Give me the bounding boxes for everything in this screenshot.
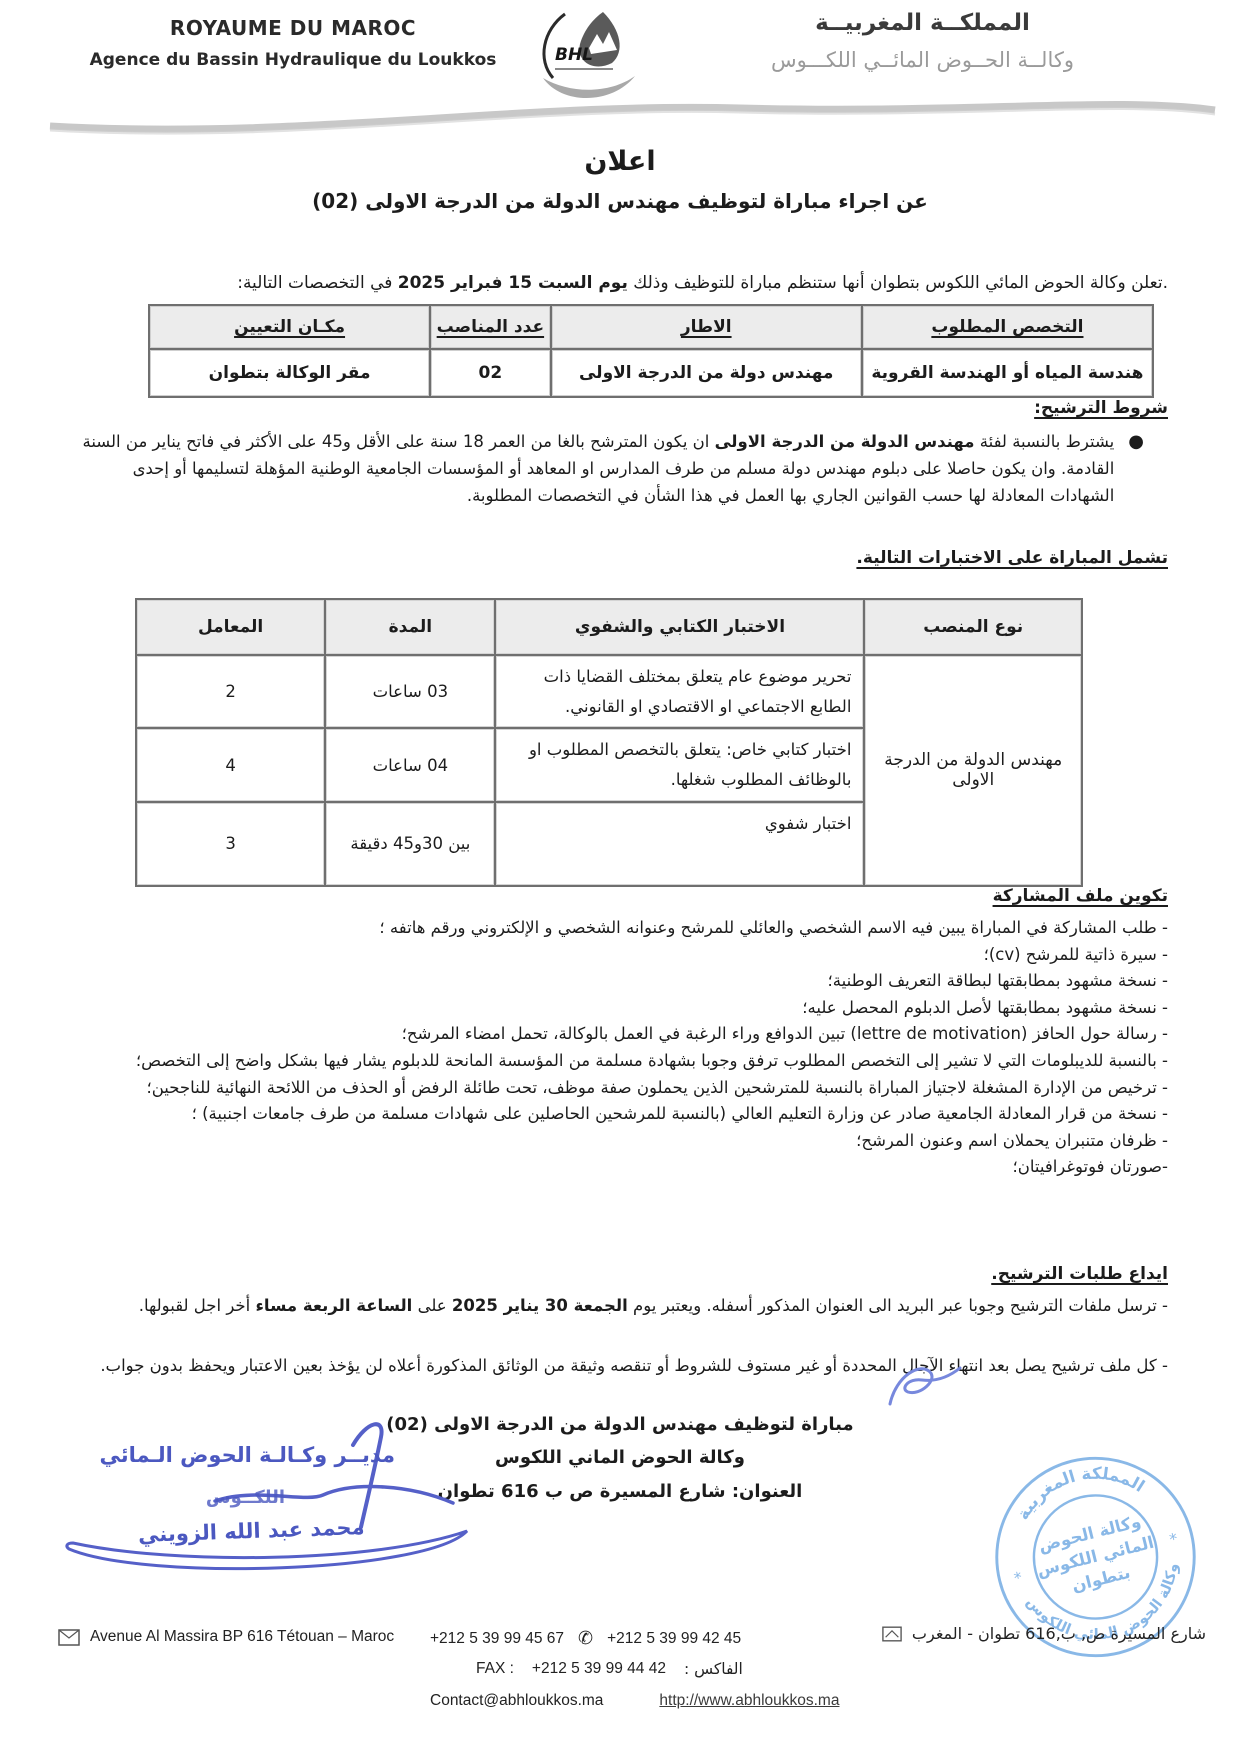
- country-name-fr: ROYAUME DU MAROC: [78, 16, 508, 40]
- list-item: - نسخة مشهود بمطابقتها لبطاقة التعريف ال…: [60, 969, 1168, 993]
- footer-web-row: Contact@abhloukkos.ma http://www.abhlouk…: [430, 1692, 839, 1710]
- list-item: - طلب المشاركة في المباراة يبين فيه الاس…: [60, 916, 1168, 940]
- conditions-text: يشترط بالنسبة لفئة مهندس الدولة من الدرج…: [64, 428, 1114, 510]
- footer-fax: FAX : +212 5 39 99 44 42 الفاكس :: [476, 1660, 743, 1678]
- header-arabic: المملكــة المغربيــة وكالــة الحــوض الم…: [660, 10, 1185, 72]
- cell-exam-3: اختبار شفوي: [495, 802, 864, 886]
- list-item: - نسخة مشهود بمطابقتها لأصل الدبلوم المح…: [60, 996, 1168, 1020]
- cell-coef-1: 2: [136, 655, 325, 728]
- conditions-paragraph: ● يشترط بالنسبة لفئة مهندس الدولة من الد…: [64, 428, 1168, 510]
- deposit-paragraph-2: - كل ملف ترشيح يصل بعد انتهاء الآجال الم…: [64, 1352, 1168, 1379]
- col-post-type: نوع المنصب: [864, 599, 1082, 655]
- country-name-ar: المملكــة المغربيــة: [660, 10, 1185, 36]
- col-coefficient: المعامل: [136, 599, 325, 655]
- dossier-items-list: - طلب المشاركة في المباراة يبين فيه الاس…: [60, 916, 1168, 1182]
- list-item: - رسالة حول الحافز (lettre de motivation…: [60, 1022, 1168, 1046]
- posts-table-header-row: التخصص المطلوب الاطار عدد المناصب مكـان …: [149, 305, 1153, 349]
- col-location: مكـان التعيين: [149, 305, 430, 349]
- header-french: ROYAUME DU MAROC Agence du Bassin Hydrau…: [78, 16, 508, 70]
- contact-email: Contact@abhloukkos.ma: [430, 1692, 603, 1710]
- envelope-icon: [58, 1629, 80, 1646]
- footer-address-fr: Avenue Al Massira BP 616 Tétouan – Maroc: [58, 1628, 394, 1646]
- cell-duration-1: 03 ساعات: [325, 655, 495, 728]
- intro-part1: .تعلن وكالة الحوض المائي اللكوس بتطوان أ…: [628, 273, 1168, 293]
- envelope-icon: [882, 1626, 902, 1642]
- deposit-heading: ايداع طلبات الترشيح.: [991, 1264, 1168, 1284]
- footer-phones: +212 5 39 99 45 67 ✆ +212 5 39 99 42 45: [430, 1628, 741, 1649]
- bullet-icon: ●: [1128, 428, 1168, 510]
- page-subtitle: عن اجراء مباراة لتوظيف مهندس الدولة من ا…: [0, 189, 1240, 213]
- phone-number-1: +212 5 39 99 45 67: [430, 1630, 564, 1648]
- fax-label-fr: FAX :: [476, 1660, 514, 1678]
- deadline-date: الجمعة 30 يناير 2025: [452, 1296, 628, 1315]
- phone-number-2: +212 5 39 99 42 45: [607, 1630, 741, 1648]
- posts-table: التخصص المطلوب الاطار عدد المناصب مكـان …: [148, 304, 1154, 398]
- col-specialty: التخصص المطلوب: [862, 305, 1153, 349]
- deadline-time: الساعة الربعة مساء: [255, 1296, 412, 1315]
- cell-coef-2: 4: [136, 728, 325, 801]
- exam-row: مهندس الدولة من الدرجة الاولى تحرير موضو…: [136, 655, 1082, 728]
- exams-heading: تشمل المباراة على الاختبارات التالية.: [856, 548, 1168, 568]
- scanned-announcement-page: ROYAUME DU MAROC Agence du Bassin Hydrau…: [0, 0, 1240, 1754]
- col-positions: عدد المناصب: [430, 305, 550, 349]
- intro-part2: في التخصصات التالية:: [237, 273, 398, 293]
- cell-exam-1: تحرير موضوع عام يتعلق بمختلف القضايا ذات…: [495, 655, 864, 728]
- col-exam: الاختبار الكتابي والشفوي: [495, 599, 864, 655]
- list-item: - بالنسبة للديبلومات التي لا تشير إلى ال…: [60, 1049, 1168, 1073]
- stamp-star-left: *: [1012, 1567, 1024, 1587]
- exams-table-header-row: نوع المنصب الاختبار الكتابي والشفوي المد…: [136, 599, 1082, 655]
- footer-contact-block: Avenue Al Massira BP 616 Tétouan – Maroc…: [58, 1628, 1206, 1728]
- exam-date: يوم السبت 15 فبراير 2025: [398, 273, 628, 293]
- phone-icon: ✆: [578, 1628, 593, 1649]
- cell-coef-3: 3: [136, 802, 325, 886]
- cell-post-name: مهندس الدولة من الدرجة الاولى: [864, 655, 1082, 886]
- cell-duration-3: بين 30و45 دقيقة: [325, 802, 495, 886]
- agency-name-ar: وكالــة الحــوض المائــي اللكـــوس: [660, 48, 1185, 72]
- cell-positions: 02: [430, 349, 550, 397]
- list-item: -صورتان فوتوغرافيتان؛: [60, 1155, 1168, 1179]
- logo-text: BHL: [555, 45, 593, 65]
- cell-cadre: مهندس دولة من الدرجة الاولى: [551, 349, 862, 397]
- intro-paragraph: .تعلن وكالة الحوض المائي اللكوس بتطوان أ…: [66, 273, 1168, 293]
- announcement-title-block: اعلان عن اجراء مباراة لتوظيف مهندس الدول…: [0, 146, 1240, 213]
- fax-label-ar: الفاكس :: [684, 1660, 743, 1678]
- conditions-post-bold: مهندس الدولة من الدرجة الاولى: [715, 432, 975, 451]
- cell-duration-2: 04 ساعات: [325, 728, 495, 801]
- cell-location: مقر الوكالة بتطوان: [149, 349, 430, 397]
- cell-specialty: هندسة المياه أو الهندسة القروية: [862, 349, 1153, 397]
- fax-number: +212 5 39 99 44 42: [532, 1660, 666, 1678]
- signature-title-line1: مديــر وكـالـة الحوض الـمائي: [100, 1443, 396, 1467]
- dossier-heading: تكوين ملف المشاركة: [993, 886, 1168, 906]
- col-cadre: الاطار: [551, 305, 862, 349]
- exams-table: نوع المنصب الاختبار الكتابي والشفوي المد…: [135, 598, 1083, 887]
- header-divider-swoosh: [40, 88, 1220, 148]
- director-signature: مديــر وكـالـة الحوض الـمائي اللكــوس مح…: [55, 1415, 485, 1585]
- initials-squiggle: [878, 1352, 968, 1422]
- list-item: - ظرفان متنبران يحملان اسم وعنون المرشح؛: [60, 1129, 1168, 1153]
- footer-address-ar: شارع المسيرة ص, ب,616 تطوان - المغرب: [882, 1624, 1206, 1643]
- deposit-paragraph-1: - ترسل ملفات الترشيح وجوبا عبر البريد ال…: [64, 1292, 1168, 1319]
- col-duration: المدة: [325, 599, 495, 655]
- list-item: - ترخيص من الإدارة المشغلة لاجتياز المبا…: [60, 1076, 1168, 1100]
- stamp-star-right: *: [1167, 1529, 1179, 1549]
- list-item: - سيرة ذاتية للمرشح (cv)؛: [60, 943, 1168, 967]
- website-url: http://www.abhloukkos.ma: [659, 1692, 839, 1710]
- conditions-heading: شروط الترشيح:: [1034, 398, 1168, 418]
- posts-table-row: هندسة المياه أو الهندسة القروية مهندس دو…: [149, 349, 1153, 397]
- cell-exam-2: اختبار كتابي خاص: يتعلق بالتخصص المطلوب …: [495, 728, 864, 801]
- agency-name-fr: Agence du Bassin Hydraulique du Loukkos: [78, 50, 508, 70]
- page-title: اعلان: [0, 146, 1240, 177]
- signature-title-line2: اللكــوس: [206, 1487, 285, 1508]
- list-item: - نسخة من قرار المعادلة الجامعية صادر عن…: [60, 1102, 1168, 1126]
